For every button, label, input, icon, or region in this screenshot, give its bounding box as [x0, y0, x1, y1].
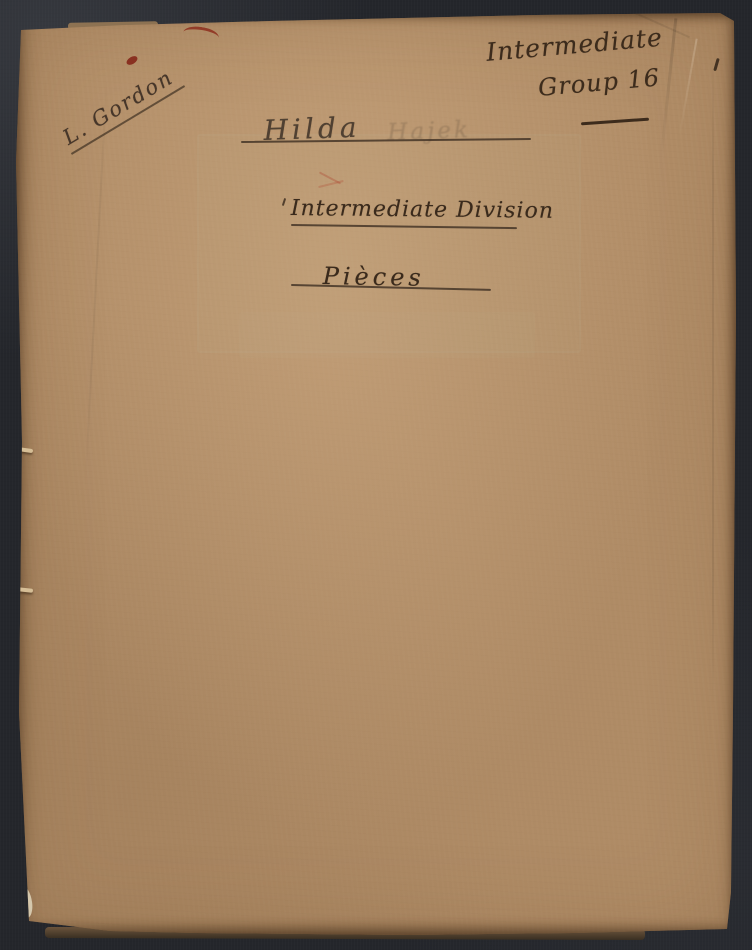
spine-slit	[17, 587, 33, 593]
exam-level-label: Intermediate	[485, 23, 664, 67]
division-title: Intermediate Division	[291, 196, 554, 224]
stray-ink-tick	[713, 58, 719, 71]
spine-slit	[17, 447, 33, 453]
booklet-cover: L. Gordon Intermediate Group 16 Hilda Ha…	[15, 12, 737, 936]
red-ink-streak	[182, 24, 220, 45]
show-through-band	[239, 312, 535, 358]
student-surname-faded: Hajek	[387, 117, 471, 146]
photo-backdrop: L. Gordon Intermediate Group 16 Hilda Ha…	[0, 0, 752, 950]
underline-dash	[581, 118, 649, 126]
paper-crease	[712, 52, 714, 712]
group-number-label: Group 16	[537, 63, 661, 102]
red-ink-spot	[125, 54, 139, 66]
paper-crease	[678, 39, 697, 138]
torn-paper-chip	[16, 885, 34, 918]
owner-signature: L. Gordon	[57, 62, 185, 155]
